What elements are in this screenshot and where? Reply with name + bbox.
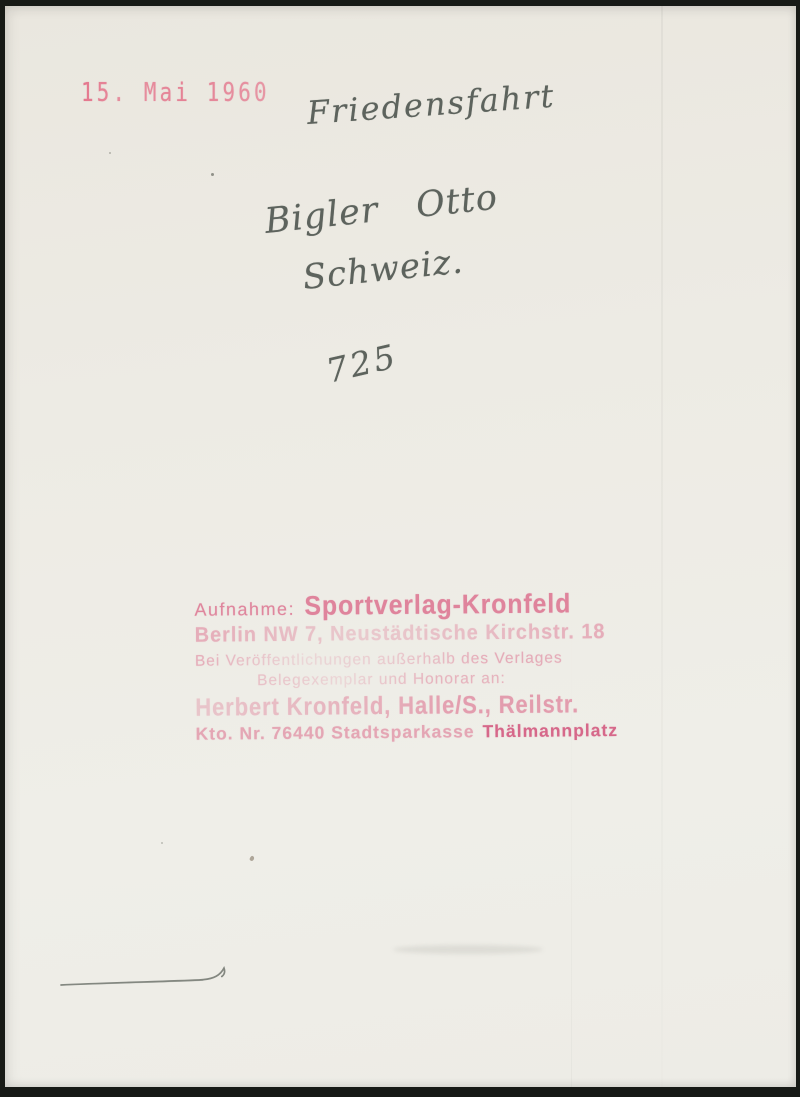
stamp-agency-name: Sportverlag-Kronfeld <box>304 588 571 621</box>
paper-speck <box>211 173 214 176</box>
stamp-notice-1: Bei Veröffentlichungen außerhalb des Ver… <box>195 649 563 670</box>
stamp-notice-2: Belegexemplar und Honorar an: <box>257 670 506 690</box>
photo-back-paper: 15. Mai 1960 Friedensfahrt Bigler Otto S… <box>5 6 796 1087</box>
scan-background: { "date_stamp": { "text": "15. Mai 1960"… <box>0 0 800 1097</box>
stamp-account-line: Kto. Nr. 76440 StadtsparkasseThälmannpla… <box>195 720 618 745</box>
stamp-recipient: Herbert Kronfeld, Halle/S., Reilstr. <box>195 690 579 722</box>
agency-stamp: Aufnahme: Sportverlag-Kronfeld Berlin NW… <box>194 588 585 751</box>
stamp-credit-label: Aufnahme: <box>194 599 295 621</box>
handwriting-number: 725 <box>323 336 402 390</box>
date-stamp: 15. Mai 1960 <box>81 78 270 108</box>
handwriting-event-title: Friedensfahrt <box>306 77 557 132</box>
handwriting-country: Schweiz. <box>301 241 465 298</box>
paper-speck <box>109 152 111 154</box>
stamp-account-place: Thälmannplatz <box>482 720 618 741</box>
stamp-credit-line: Aufnahme: Sportverlag-Kronfeld <box>194 588 594 622</box>
paper-speck <box>161 842 163 844</box>
handwriting-rider-name: Bigler Otto <box>263 178 500 242</box>
paper-speck <box>249 855 255 861</box>
paper-crease-vertical <box>661 6 663 1087</box>
pencil-stroke <box>53 958 243 992</box>
smudge-mark <box>393 945 543 954</box>
stamp-account-number: Kto. Nr. 76440 Stadtsparkasse <box>195 721 474 743</box>
stamp-address: Berlin NW 7, Neustädtische Kirchstr. 18 <box>195 620 606 648</box>
